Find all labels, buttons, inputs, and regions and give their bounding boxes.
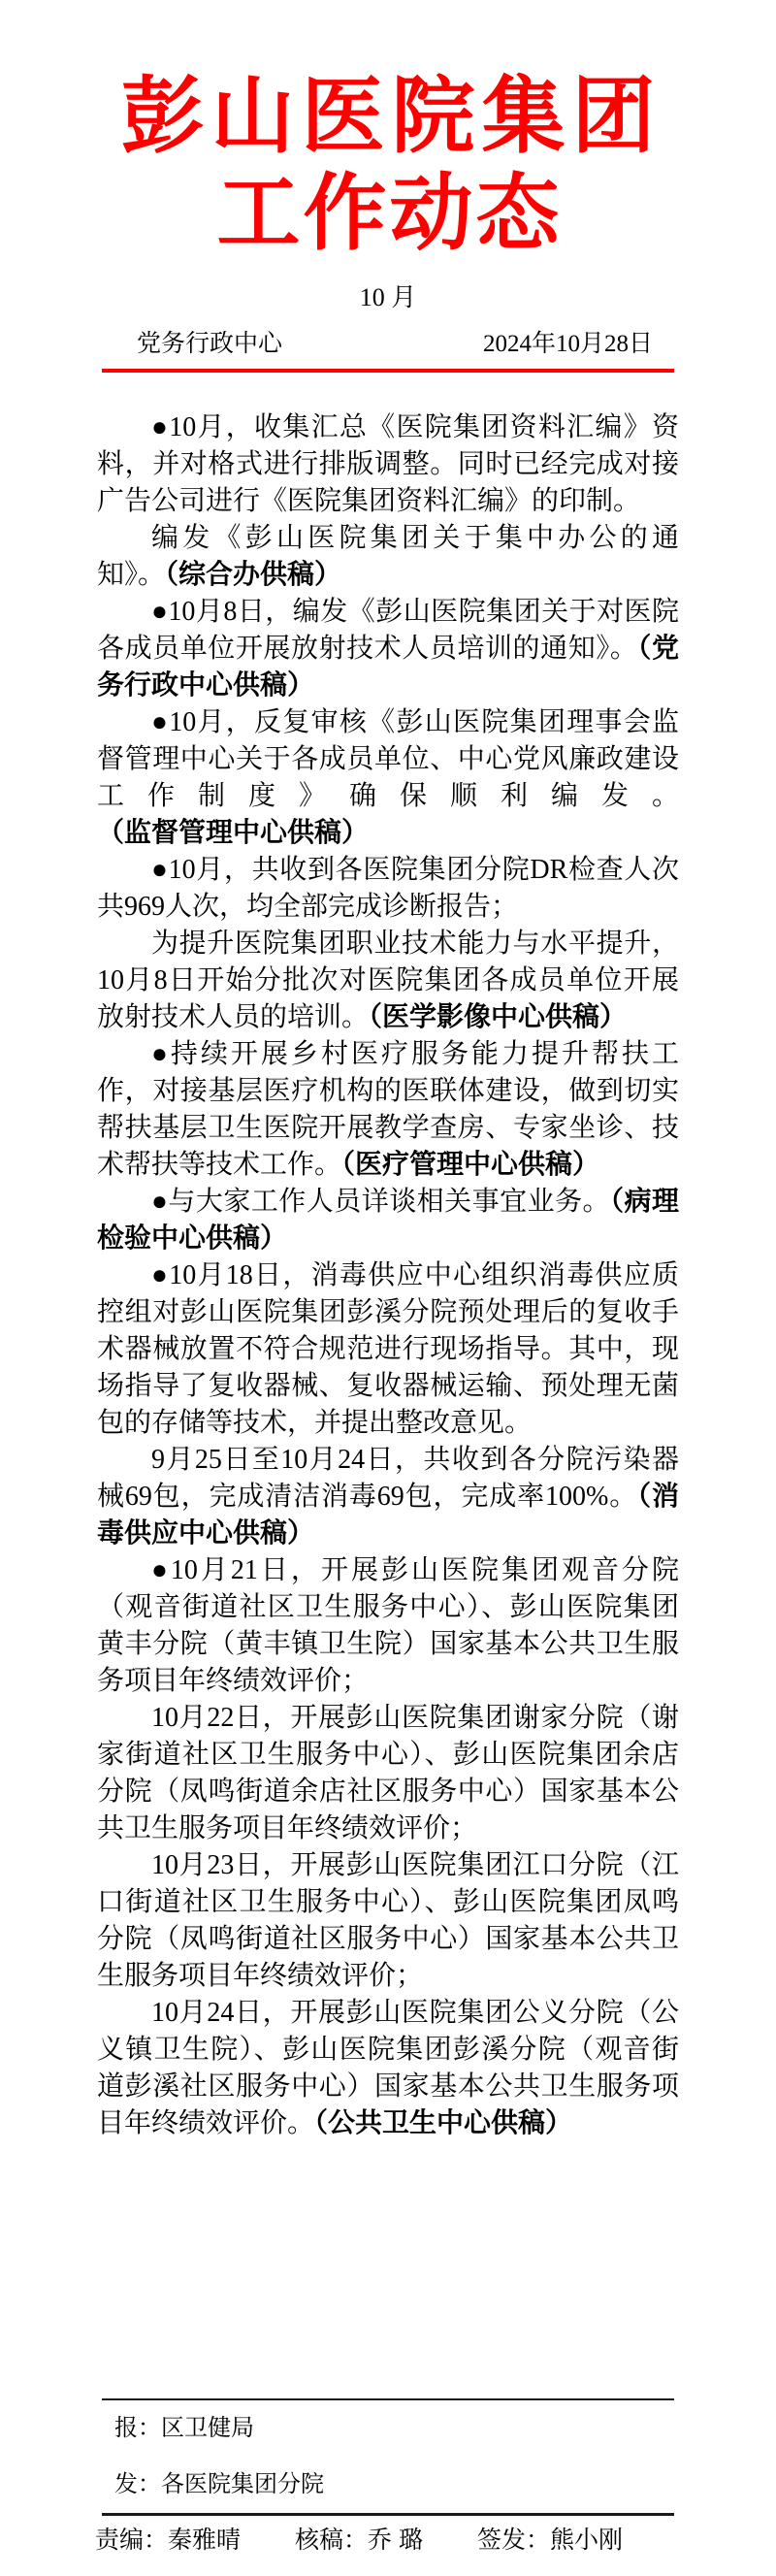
header-divider-rule bbox=[102, 369, 674, 373]
credit-editor: 责编：秦雅晴 bbox=[95, 2516, 241, 2564]
body-paragraph: 为提升医院集团职业技术能力与水平提升，10月8日开始分批次对医院集团各成员单位开… bbox=[97, 926, 679, 1036]
body-paragraph: 编发《彭山医院集团关于集中办公的通知》。（综合办供稿） bbox=[97, 520, 679, 594]
paragraph-source: （监督管理中心供稿） bbox=[97, 818, 369, 848]
paragraph-text: ●10月，反复审核《彭山医院集团理事会监督管理中心关于各成员单位、中心党风廉政建… bbox=[97, 707, 679, 811]
body-paragraph: ●与大家工作人员详谈相关事宜业务。（病理检验中心供稿） bbox=[97, 1184, 679, 1257]
body-paragraph: ●持续开展乡村医疗服务能力提升帮扶工作，对接基层医疗机构的医联体建设，做到切实帮… bbox=[97, 1036, 679, 1184]
issuing-department: 党务行政中心 bbox=[137, 330, 282, 359]
paragraph-source: （医学影像中心供稿） bbox=[369, 1002, 627, 1032]
distribute-to-line: 发：各医院集团分院 bbox=[102, 2457, 674, 2513]
credit-signer: 签发：熊小刚 bbox=[477, 2516, 623, 2564]
paragraph-text: 10月23日，开展彭山医院集团江口分院（江口街道社区卫生服务中心）、彭山医院集团… bbox=[97, 1850, 679, 1991]
body-paragraph: ●10月，反复审核《彭山医院集团理事会监督管理中心关于各成员单位、中心党风廉政建… bbox=[97, 704, 679, 852]
paragraph-text: ●10月21日，开展彭山医院集团观音分院（观音街道社区卫生服务中心）、彭山医院集… bbox=[97, 1555, 679, 1696]
body-paragraph: ●10月18日，消毒供应中心组织消毒供应质控组对彭山医院集团彭溪分院预处理后的复… bbox=[97, 1257, 679, 1442]
title-line-2: 工作动态 bbox=[3, 165, 776, 262]
credit-reviewer: 核稿：乔 璐 bbox=[295, 2516, 423, 2564]
body-paragraph: 10月22日，开展彭山医院集团谢家分院（谢家街道社区卫生服务中心）、彭山医院集团… bbox=[97, 1700, 679, 1847]
document-body: ●10月，收集汇总《医院集团资料汇编》资料，并对格式进行排版调整。同时已经完成对… bbox=[97, 409, 679, 2142]
body-paragraph: ●10月8日，编发《彭山医院集团关于对医院各成员单位开展放射技术人员培训的通知》… bbox=[97, 594, 679, 704]
body-paragraph: 10月24日，开展彭山医院集团公义分院（公义镇卫生院）、彭山医院集团彭溪分院（观… bbox=[97, 1995, 679, 2142]
title-line-1: 彭山医院集团 bbox=[7, 68, 776, 165]
report-to-line: 报：区卫健局 bbox=[102, 2400, 674, 2457]
body-paragraph: ●10月，收集汇总《医院集团资料汇编》资料，并对格式进行排版调整。同时已经完成对… bbox=[97, 409, 679, 520]
document-title: 彭山医院集团 工作动态 bbox=[0, 68, 776, 262]
issue-month: 10 月 bbox=[0, 283, 776, 312]
body-paragraph: 10月23日，开展彭山医院集团江口分院（江口街道社区卫生服务中心）、彭山医院集团… bbox=[97, 1847, 679, 1995]
paragraph-text: ●10月，共收到各医院集团分院DR检查人次共969人次，均全部完成诊断报告； bbox=[97, 855, 679, 922]
document-page: 彭山医院集团 工作动态 10 月 党务行政中心 2024年10月28日 ●10月… bbox=[0, 0, 776, 2576]
footer-credits: 责编：秦雅晴 核稿：乔 璐 签发：熊小刚 bbox=[95, 2516, 674, 2564]
paragraph-source: （综合办供稿） bbox=[165, 560, 341, 590]
paragraph-text: 9月25日至10月24日，共收到各分院污染器械69包，完成清洁消毒69包，完成率… bbox=[97, 1445, 679, 1512]
issue-date: 2024年10月28日 bbox=[483, 330, 653, 359]
paragraph-text: ●10月18日，消毒供应中心组织消毒供应质控组对彭山医院集团彭溪分院预处理后的复… bbox=[97, 1260, 679, 1438]
paragraph-text: ●与大家工作人员详谈相关事宜业务。 bbox=[151, 1187, 610, 1217]
masthead-meta: 党务行政中心 2024年10月28日 bbox=[102, 330, 674, 373]
body-paragraph: 9月25日至10月24日，共收到各分院污染器械69包，完成清洁消毒69包，完成率… bbox=[97, 1442, 679, 1552]
paragraph-source: （公共卫生中心供稿） bbox=[314, 2108, 572, 2138]
paragraph-text: ●10月，收集汇总《医院集团资料汇编》资料，并对格式进行排版调整。同时已经完成对… bbox=[97, 412, 679, 516]
document-footer: 报：区卫健局 发：各医院集团分院 责编：秦雅晴 核稿：乔 璐 签发：熊小刚 bbox=[102, 2398, 674, 2564]
paragraph-text: ●10月8日，编发《彭山医院集团关于对医院各成员单位开展放射技术人员培训的通知》… bbox=[97, 597, 679, 664]
meta-row: 党务行政中心 2024年10月28日 bbox=[102, 330, 674, 359]
paragraph-source: （医疗管理中心供稿） bbox=[341, 1150, 599, 1180]
paragraph-text: 10月22日，开展彭山医院集团谢家分院（谢家街道社区卫生服务中心）、彭山医院集团… bbox=[97, 1703, 679, 1843]
body-paragraph: ●10月，共收到各医院集团分院DR检查人次共969人次，均全部完成诊断报告； bbox=[97, 852, 679, 926]
body-paragraph: ●10月21日，开展彭山医院集团观音分院（观音街道社区卫生服务中心）、彭山医院集… bbox=[97, 1552, 679, 1700]
